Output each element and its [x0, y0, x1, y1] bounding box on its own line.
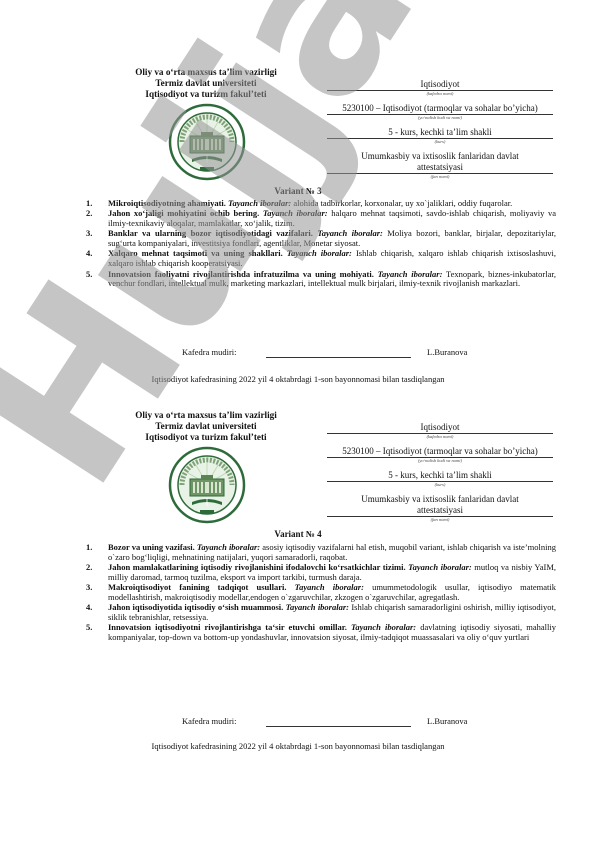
signature-label: Kafedra mudiri:	[182, 347, 237, 357]
program-caption: (yo‘nalish kodi va nomi)	[327, 115, 553, 121]
faculty-name: Iqtisodiyot va turizm fakul’teti	[112, 432, 300, 443]
document-fields: Iqtisodiyot (kafedra nomi) 5230100 – Iqt…	[327, 79, 553, 186]
university-seal-icon	[168, 103, 246, 181]
question-item: 1. Bozor va uning vazifasi. Tayanch ibor…	[86, 543, 556, 563]
question-number: 3.	[86, 229, 92, 239]
question-title: Jahon mamlakatlarining iqtisodiy rivojla…	[108, 562, 406, 572]
question-number: 5.	[86, 623, 92, 633]
subject-field: Umumkasbiy va ixtisoslik fanlaridan davl…	[327, 151, 553, 174]
keywords-label: Tayanch iboralar:	[197, 542, 260, 552]
question-title: Banklar va ularning bozor iqtisodiyotida…	[108, 228, 313, 238]
university-name: Termiz davlat universiteti	[112, 421, 300, 432]
approval-note: Iqtisodiyot kafedrasining 2022 yil 4 okt…	[0, 741, 596, 751]
question-number: 1.	[86, 543, 92, 553]
question-title: Xalqaro mehnat taqsimoti va uning shakll…	[108, 248, 283, 258]
question-title: Innovatsion iqtisodiyotni rivojlantirish…	[108, 622, 347, 632]
document-page: Oliy va o‘rta maxsus ta’lim vazirligi Te…	[0, 0, 596, 842]
question-item: 4. Xalqaro mehnat taqsimoti va uning sha…	[86, 249, 556, 269]
keywords-label: Tayanch iboralar:	[263, 208, 328, 218]
question-number: 4.	[86, 603, 92, 613]
faculty-name: Iqtisodiyot va turizm fakul’teti	[112, 89, 300, 100]
question-number: 5.	[86, 270, 92, 280]
question-list: 1. Bozor va uning vazifasi. Tayanch ibor…	[86, 543, 556, 643]
program-field: 5230100 – Iqtisodiyot (tarmoqlar va soha…	[327, 103, 553, 115]
subject-field: Umumkasbiy va ixtisoslik fanlaridan davl…	[327, 494, 553, 517]
keywords-label: Tayanch iboralar:	[317, 228, 383, 238]
signature-line	[266, 357, 411, 358]
course-field: 5 - kurs, kechki ta’lim shakli	[327, 470, 553, 482]
institution-header: Oliy va o‘rta maxsus ta’lim vazirligi Te…	[112, 410, 300, 443]
department-caption: (kafedra nomi)	[327, 434, 553, 440]
question-title: Bozor va uning vazifasi.	[108, 542, 195, 552]
department-field: Iqtisodiyot	[327, 79, 553, 91]
question-number: 3.	[86, 583, 92, 593]
program-caption: (yo‘nalish kodi va nomi)	[327, 458, 553, 464]
signatory-name: L.Buranova	[427, 347, 467, 357]
keywords-label: Tayanch iboralar:	[351, 622, 416, 632]
question-title: Makroiqtisodiyot fanining tadqiqot usull…	[108, 582, 287, 592]
approval-note: Iqtisodiyot kafedrasining 2022 yil 4 okt…	[0, 374, 596, 384]
course-caption: (kurs)	[327, 139, 553, 145]
course-field: 5 - kurs, kechki ta’lim shakli	[327, 127, 553, 139]
institution-header: Oliy va o‘rta maxsus ta’lim vazirligi Te…	[112, 67, 300, 100]
university-seal-icon	[168, 446, 246, 524]
university-name: Termiz davlat universiteti	[112, 78, 300, 89]
question-item: 3. Makroiqtisodiyot fanining tadqiqot us…	[86, 583, 556, 603]
question-title: Jahon xo‘jaligi mohiyatini ochib bering.	[108, 208, 259, 218]
question-item: 2. Jahon mamlakatlarining iqtisodiy rivo…	[86, 563, 556, 583]
question-title: Jahon iqtisodiyotida iqtisodiy o‘sish mu…	[108, 602, 283, 612]
course-caption: (kurs)	[327, 482, 553, 488]
keywords-label: Tayanch iboralar:	[287, 248, 352, 258]
signature-line	[266, 726, 411, 727]
document-fields: Iqtisodiyot (kafedra nomi) 5230100 – Iqt…	[327, 422, 553, 529]
question-item: 4. Jahon iqtisodiyotida iqtisodiy o‘sish…	[86, 603, 556, 623]
question-item: 3. Banklar va ularning bozor iqtisodiyot…	[86, 229, 556, 249]
question-number: 4.	[86, 249, 92, 259]
keywords-label: Tayanch iboralar:	[286, 602, 349, 612]
keywords-label: Tayanch iboralar:	[228, 198, 291, 208]
keywords-label: Tayanch iboralar:	[378, 269, 443, 279]
variant-title: Variant № 3	[0, 186, 596, 196]
ministry-name: Oliy va o‘rta maxsus ta’lim vazirligi	[112, 410, 300, 421]
question-number: 2.	[86, 563, 92, 573]
department-field: Iqtisodiyot	[327, 422, 553, 434]
department-caption: (kafedra nomi)	[327, 91, 553, 97]
variant-title: Variant № 4	[0, 529, 596, 539]
question-list: 1. Mikroiqtisodiyotning ahamiyati. Tayan…	[86, 199, 556, 290]
question-item: 2. Jahon xo‘jaligi mohiyatini ochib beri…	[86, 209, 556, 229]
signatory-name: L.Buranova	[427, 716, 467, 726]
subject-caption: (fan nomi)	[327, 517, 553, 523]
signature-label: Kafedra mudiri:	[182, 716, 237, 726]
question-item: 5. Innovatsion iqtisodiyotni rivojlantir…	[86, 623, 556, 643]
program-field: 5230100 – Iqtisodiyot (tarmoqlar va soha…	[327, 446, 553, 458]
keywords-label: Tayanch iboralar:	[295, 582, 364, 592]
question-item: 5. Innovatsion faoliyatni rivojlantirish…	[86, 270, 556, 290]
question-title: Innovatsion faoliyatni rivojlantirishda …	[108, 269, 374, 279]
keywords-label: Tayanch iboralar:	[408, 562, 472, 572]
keywords-text: alohida tadbirkorlar, korxonalar, uy xo`…	[293, 198, 512, 208]
subject-caption: (fan nomi)	[327, 174, 553, 180]
question-title: Mikroiqtisodiyotning ahamiyati.	[108, 198, 226, 208]
question-number: 2.	[86, 209, 92, 219]
ministry-name: Oliy va o‘rta maxsus ta’lim vazirligi	[112, 67, 300, 78]
